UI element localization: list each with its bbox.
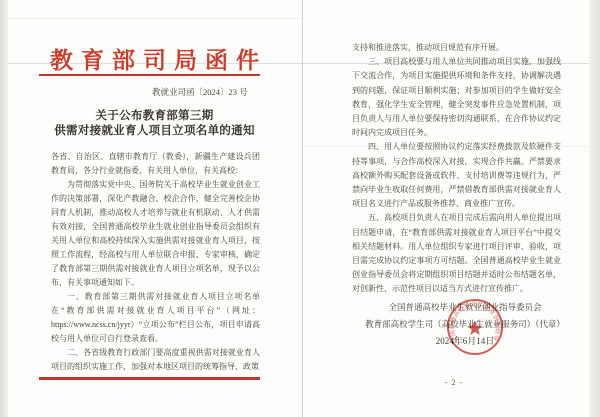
seal-star-icon xyxy=(467,321,482,335)
page-1-body: 各省、自治区、直辖市教育厅（教委），新疆生产建设兵团教育局，各分行业就指委，有关… xyxy=(51,150,260,374)
scan-edge-shadow xyxy=(589,0,600,417)
page-2-body: 支持和推进落实，推动项目规范有序开展。 三、项目高校要与用人单位共同推动项目实施… xyxy=(352,41,561,297)
body-paragraph: 为贯彻落实党中央、国务院关于高校毕业生就业创业工作的决策部署，深化产教融合、校企… xyxy=(51,178,260,290)
scanned-document: 教育部司局函件 教就业司函〔2024〕23 号 关于公布教育部第三期 供需对接就… xyxy=(0,0,600,417)
document-title: 关于公布教育部第三期 供需对接就业育人项目立项名单的通知 xyxy=(7,109,302,138)
scan-edge-shadow xyxy=(0,0,8,417)
page-2: 支持和推进落实，推动项目规范有序开展。 三、项目高校要与用人单位共同推动项目实施… xyxy=(302,0,590,417)
page-footer-divider-line xyxy=(39,377,260,380)
document-number: 教就业司函〔2024〕23 号 xyxy=(152,86,248,98)
official-seal-stamp: 全国普通高校毕业生就业创业指导委员会 xyxy=(444,296,506,358)
body-paragraph: 三、项目高校要与用人单位共同推动项目实施，加强线下交流合作，为项目实施提供环境和… xyxy=(352,55,561,140)
body-paragraph: 四、用人单位要按照协议约定落实经费拨款及软硬件支持等事项，与合作高校深入对接，实… xyxy=(352,140,561,211)
body-paragraph: 支持和推进落实，推动项目规范有序开展。 xyxy=(352,41,561,55)
body-paragraph: 二、各省级教育行政部门要高度重视供需对接就业育人项目的组织实施工作，加强对本地区… xyxy=(51,346,260,374)
page-number: - 2 - xyxy=(434,378,474,387)
letterhead-divider-line xyxy=(39,74,260,76)
page-1: 教育部司局函件 教就业司函〔2024〕23 号 关于公布教育部第三期 供需对接就… xyxy=(7,0,302,417)
document-title-line1: 关于公布教育部第三期 xyxy=(7,109,302,124)
letterhead-title: 教育部司局函件 xyxy=(7,42,302,75)
salutation-paragraph: 各省、自治区、直辖市教育厅（教委），新疆生产建设兵团教育局，各分行业就指委，有关… xyxy=(51,150,260,178)
body-paragraph: 一、教育部第三期供需对接就业育人项目立项名单在“教育部供需对接就业育人项目平台”… xyxy=(51,290,260,346)
body-paragraph: 五、高校项目负责人在项目完成后需向用人单位提出项目结题申请，在“教育部供需对接就… xyxy=(352,211,561,296)
document-title-line2: 供需对接就业育人项目立项名单的通知 xyxy=(7,124,302,139)
